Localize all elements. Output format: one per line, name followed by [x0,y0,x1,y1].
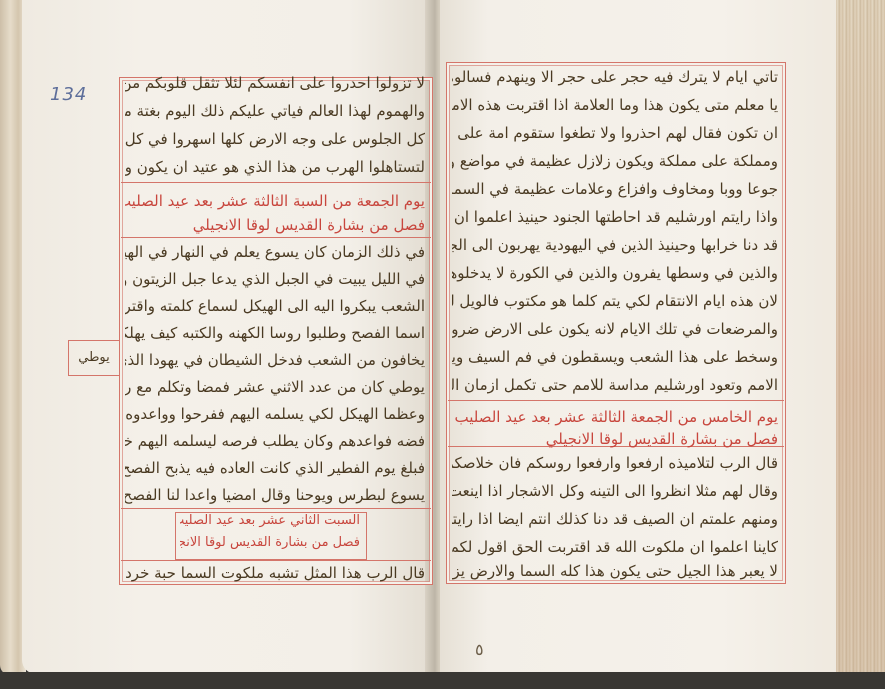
margin-note: يوطي [68,340,120,376]
right-text-line: تاتي ايام لا يترك فيه حجر على حجر الا وي… [452,62,778,92]
right-text-line: جوعا ووبا ومخاوف وافزاع وعلامات عظيمة في… [452,174,778,204]
left-text-line: والهموم لهذا العالم فياتي عليكم ذلك اليو… [125,96,425,126]
left-body-line: الشعب يبكروا اليه الى الهيكل لسماع كلمته… [125,291,425,321]
right-body-line: لا يعبر هذا الجيل حتى يكون هذا كله السما… [452,556,778,586]
left-body-line: في الليل يبيت في الجبل الذي يدعا جبل الز… [125,264,425,294]
left-body-line: يسوع لبطرس ويوحنا وقال امضيا واعدا لنا ا… [125,480,425,510]
right-body-line: وقال لهم مثلا انظروا الى التينه وكل الاش… [452,476,778,506]
left-text-line: لتستاهلوا الهرب من هذا الذي هو عتيد ان ي… [125,152,425,182]
fore-edge [836,0,885,689]
right-text-line: واذا رايتم اورشليم قد احاطتها الجنود حين… [452,202,778,232]
right-body-line: ومنهم علمتم ان الصيف قد دنا كذلك انتم اي… [452,504,778,534]
right-text-line: يا معلم متى يكون هذا وما العلامة اذا اقت… [452,90,778,120]
folio-number: 134 [50,84,87,105]
right-body-line: قال الرب لتلاميذه ارفعوا وارفعوا روسكم ف… [452,448,778,478]
left-body-line: يوطي كان من عدد الاثني عشر فمضا وتكلم مع… [125,372,425,402]
left-rubric-subtitle: فصل من بشارة القديس لوقا الانجيلي [125,210,425,240]
manuscript-photo: 134 لا تزولوا احدروا على انفسكم لئلا تثق… [0,0,885,689]
background-shadow [0,672,885,689]
left-text-line: لا تزولوا احدروا على انفسكم لئلا تثقل قل… [125,68,425,98]
right-text-line: والذين في وسطها يفرون والذين في الكورة ل… [452,258,778,288]
right-text-line: الامم وتعود اورشليم مداسة للامم حتى تكمل… [452,370,778,400]
right-text-line: ان تكون فقال لهم احذروا ولا تطغوا ستقوم … [452,118,778,148]
left-text-line: كل الجلوس على وجه الارض كلها اسهروا في ك… [125,124,425,154]
left-rule-1 [121,182,431,183]
left-rubric2-subtitle: فصل من بشارة القديس لوقا الانجيلي [180,530,360,556]
left-body-line: وعظما الهيكل لكي يسلمه اليهم ففرحوا وواع… [125,399,425,429]
left-body-line: يخافون من الشعب فدخل الشيطان في يهودا ال… [125,345,425,375]
left-final-line: قال الرب هذا المثل تشبه ملكوت السما حبة … [125,558,425,588]
right-text-line: وسخط على هذا الشعب ويسقطون في فم السيف و… [452,342,778,372]
right-text-line: ومملكة على مملكة ويكون زلازل عظيمة في مو… [452,146,778,176]
left-body-line: في ذلك الزمان كان يسوع يعلم في النهار في… [125,237,425,267]
page-mark: ٥ [475,640,484,659]
left-body-line: فبلغ يوم الفطير الذي كانت العاده فيه يذب… [125,453,425,483]
right-text-line: قد دنا خرابها وحينيذ الذين في اليهودية ي… [452,230,778,260]
left-body-line: فضه فواعدهم وكان يطلب فرصه ليسلمه اليهم … [125,426,425,456]
left-body-line: اسما الفصح وطلبوا روسا الكهنه والكتبه كي… [125,318,425,348]
right-rule-1 [448,400,784,401]
right-text-line: لان هذه ايام الانتقام لكي يتم كلما هو مك… [452,286,778,316]
right-text-line: والمرضعات في تلك الايام لانه يكون على ال… [452,314,778,344]
